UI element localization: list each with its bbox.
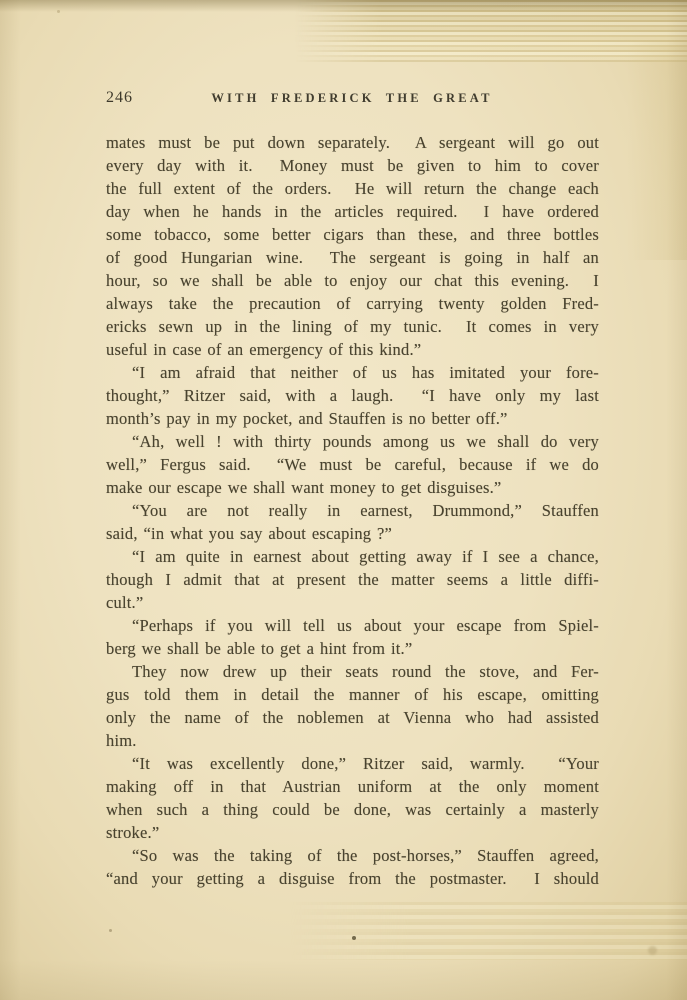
book-page: 246 WITH FREDERICK THE GREAT mates must …: [0, 0, 687, 1000]
text-line: mates must be put down separately. A ser…: [106, 131, 599, 154]
text-line: always take the precaution of carrying t…: [106, 292, 599, 315]
text-line: “I am afraid that neither of us has imit…: [106, 361, 599, 384]
paper-speck: [109, 929, 112, 932]
paper-blotch: [648, 946, 657, 955]
text-line: They now drew up their seats round the s…: [106, 660, 599, 683]
text-line: useful in case of an emergency of this k…: [106, 338, 599, 361]
text-line: gus told them in detail the manner of hi…: [106, 683, 599, 706]
paper-speck: [57, 10, 60, 13]
text-line: ericks sewn up in the lining of my tunic…: [106, 315, 599, 338]
text-line: of good Hungarian wine. The sergeant is …: [106, 246, 599, 269]
page-fore-edges-right: [627, 40, 687, 260]
text-line: “Ah, well ! with thirty pounds among us …: [106, 430, 599, 453]
body-text: mates must be put down separately. A ser…: [106, 131, 599, 890]
text-line: cult.”: [106, 591, 599, 614]
text-line: every day with it. Money must be given t…: [106, 154, 599, 177]
text-line: said, “in what you say about escaping ?”: [106, 522, 599, 545]
text-line: when such a thing could be done, was cer…: [106, 798, 599, 821]
text-line: “I am quite in earnest about getting awa…: [106, 545, 599, 568]
text-line: the full extent of the orders. He will r…: [106, 177, 599, 200]
text-line: hour, so we shall be able to enjoy our c…: [106, 269, 599, 292]
text-line: him.: [106, 729, 599, 752]
text-line: day when he hands in the articles requir…: [106, 200, 599, 223]
text-line: “Perhaps if you will tell us about your …: [106, 614, 599, 637]
text-line: month’s pay in my pocket, and Stauffen i…: [106, 407, 599, 430]
text-line: only the name of the noblemen at Vienna …: [106, 706, 599, 729]
text-line: berg we shall be able to get a hint from…: [106, 637, 599, 660]
text-line: stroke.”: [106, 821, 599, 844]
paper-speck: [352, 936, 356, 940]
text-line: “It was excellently done,” Ritzer said, …: [106, 752, 599, 775]
top-edge-shadow: [0, 0, 687, 12]
text-line: thought,” Ritzer said, with a laugh. “I …: [106, 384, 599, 407]
text-line: “You are not really in earnest, Drummond…: [106, 499, 599, 522]
text-line: though I admit that at present the matte…: [106, 568, 599, 591]
text-line: make our escape we shall want money to g…: [106, 476, 599, 499]
text-line: well,” Fergus said. “We must be careful,…: [106, 453, 599, 476]
running-header: WITH FREDERICK THE GREAT: [106, 91, 598, 106]
text-line: “and your getting a disguise from the po…: [106, 867, 599, 890]
text-line: making off in that Austrian uniform at t…: [106, 775, 599, 798]
text-line: some tobacco, some better cigars than th…: [106, 223, 599, 246]
page-header: 246 WITH FREDERICK THE GREAT: [106, 89, 598, 109]
text-line: “So was the taking of the post-horses,” …: [106, 844, 599, 867]
page-fore-edges-bottom: [290, 902, 687, 960]
